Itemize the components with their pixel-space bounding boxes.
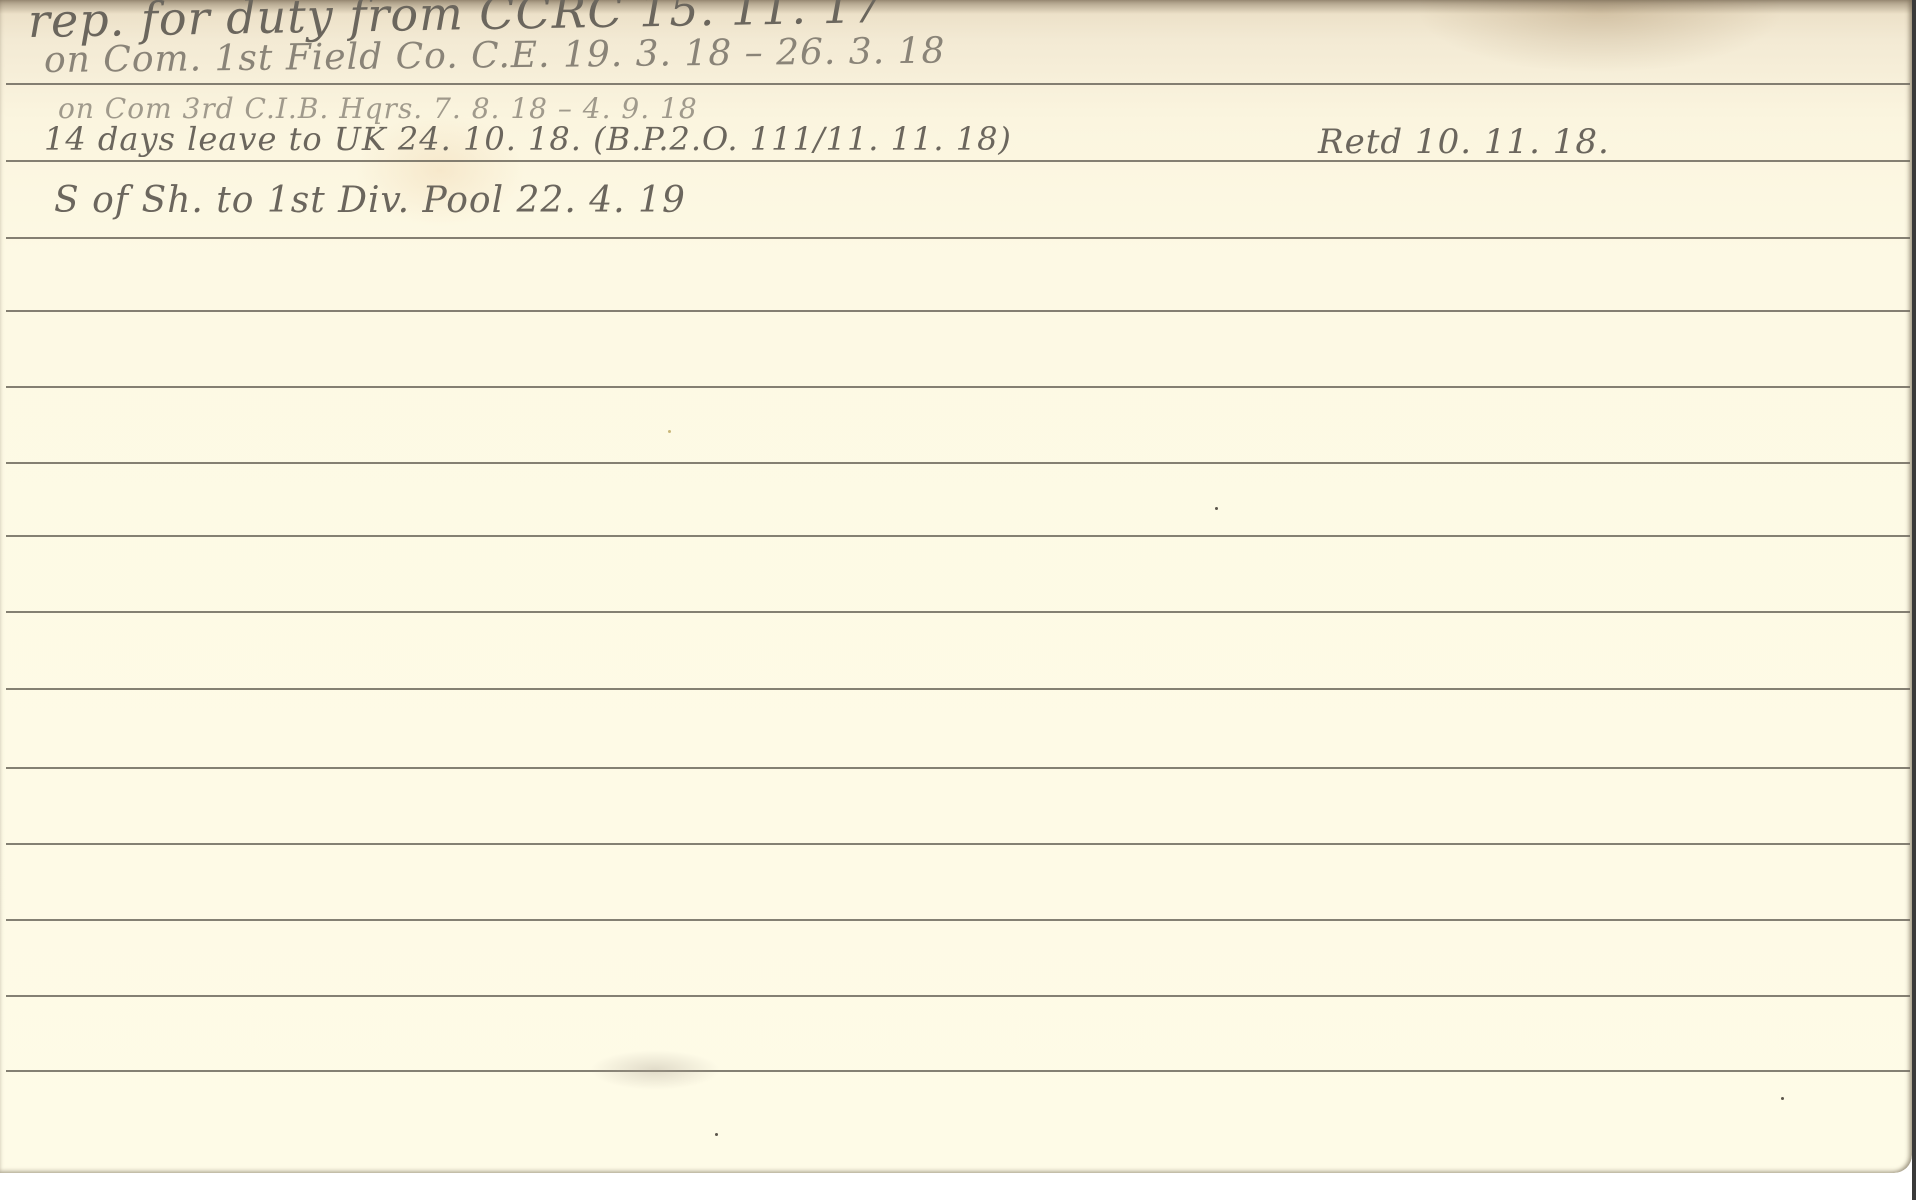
ruled-line bbox=[6, 386, 1910, 388]
ruled-line bbox=[6, 160, 1910, 162]
ruled-line bbox=[6, 767, 1910, 769]
ruled-line bbox=[6, 310, 1910, 312]
ruled-line bbox=[6, 688, 1910, 690]
entry-struck-off-strength: S of Sh. to 1st Div. Pool 22. 4. 19 bbox=[54, 180, 686, 221]
ruled-line bbox=[6, 995, 1910, 997]
ruled-line bbox=[6, 1070, 1910, 1072]
ruled-line bbox=[6, 535, 1910, 537]
scan-edge bbox=[1912, 0, 1916, 1200]
paper-speck bbox=[668, 430, 671, 433]
ruled-line bbox=[6, 462, 1910, 464]
paper-speck bbox=[715, 1133, 718, 1136]
ruled-line bbox=[6, 843, 1910, 845]
ruled-line bbox=[6, 83, 1910, 85]
record-card: rep. for duty from CCRC 15. 11. 17 on Co… bbox=[0, 0, 1912, 1173]
ruled-line bbox=[6, 919, 1910, 921]
entry-on-command-field-co: on Com. 1st Field Co. C.E. 19. 3. 18 – 2… bbox=[44, 31, 946, 81]
ruled-line bbox=[6, 611, 1910, 613]
paper-smudge bbox=[590, 1050, 720, 1090]
ruled-line bbox=[6, 237, 1910, 239]
paper-speck bbox=[1781, 1097, 1784, 1100]
entry-leave-to-uk: 14 days leave to UK 24. 10. 18. (B.P.2.O… bbox=[44, 120, 1012, 158]
paper-speck bbox=[1215, 507, 1218, 510]
entry-returned: Retd 10. 11. 18. bbox=[1318, 122, 1610, 162]
